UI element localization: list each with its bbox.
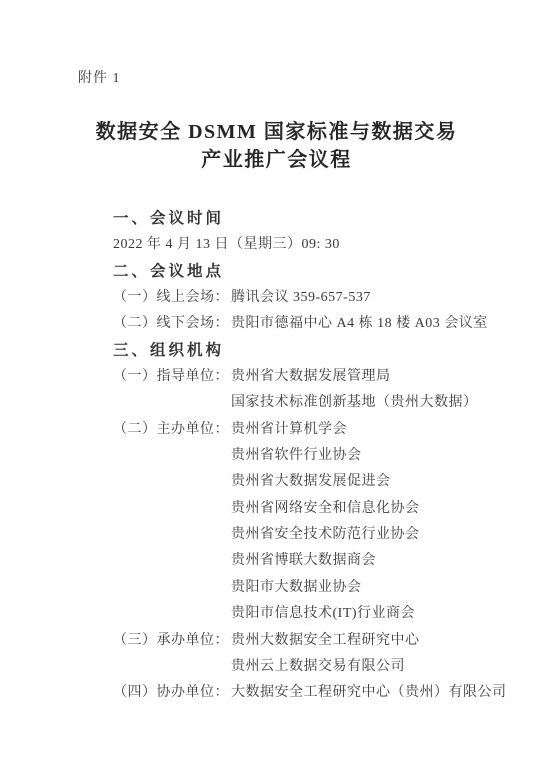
guidance-unit-1: 贵州省大数据发展管理局 xyxy=(231,364,553,390)
host-unit-6: 贵州省博联大数据商会 xyxy=(231,548,553,574)
offline-venue-row: （二）线下会场： 贵阳市德福中心 A4 栋 18 楼 A03 会议室 xyxy=(113,311,553,337)
co-organizer-unit-row: （四）协办单位： 大数据安全工程研究中心（贵州）有限公司 xyxy=(113,680,553,706)
guidance-unit-2: 国家技术标准创新基地（贵州大数据） xyxy=(231,390,553,416)
title-line-2: 产业推广会议程 xyxy=(0,146,553,174)
co-organizer-unit-label: （四）协办单位： xyxy=(113,680,231,706)
guidance-unit-row: （一）指导单位： 贵州省大数据发展管理局 国家技术标准创新基地（贵州大数据） xyxy=(113,364,553,417)
online-venue-value: 腾讯会议 359-657-537 xyxy=(231,285,553,311)
guidance-unit-label: （一）指导单位： xyxy=(113,364,231,390)
section-heading-meeting-time: 一、会议时间 xyxy=(113,206,553,232)
online-venue-label: （一）线上会场： xyxy=(113,285,231,311)
host-unit-5: 贵州省安全技术防范行业协会 xyxy=(231,522,553,548)
host-unit-8: 贵阳市信息技术(IT)行业商会 xyxy=(231,601,553,627)
host-unit-3: 贵州省大数据发展促进会 xyxy=(231,469,553,495)
host-unit-2: 贵州省软件行业协会 xyxy=(231,443,553,469)
document-body: 一、会议时间 2022 年 4 月 13 日（星期三）09: 30 二、会议地点… xyxy=(0,206,553,707)
title-line-1: 数据安全 DSMM 国家标准与数据交易 xyxy=(0,118,553,146)
attachment-label: 附件 1 xyxy=(0,0,553,88)
offline-venue-label: （二）线下会场： xyxy=(113,311,231,337)
host-unit-1: 贵州省计算机学会 xyxy=(231,417,553,443)
host-unit-row: （二）主办单位： 贵州省计算机学会 贵州省软件行业协会 贵州省大数据发展促进会 … xyxy=(113,417,553,628)
document-page: 附件 1 数据安全 DSMM 国家标准与数据交易 产业推广会议程 一、会议时间 … xyxy=(0,0,553,782)
meeting-datetime: 2022 年 4 月 13 日（星期三）09: 30 xyxy=(113,232,553,258)
organizer-unit-row: （三）承办单位： 贵州大数据安全工程研究中心 贵州云上数据交易有限公司 xyxy=(113,628,553,681)
organizer-unit-2: 贵州云上数据交易有限公司 xyxy=(231,654,553,680)
organizer-unit-1: 贵州大数据安全工程研究中心 xyxy=(231,628,553,654)
organizer-unit-label: （三）承办单位： xyxy=(113,628,231,654)
host-unit-4: 贵州省网络安全和信息化协会 xyxy=(231,496,553,522)
section-heading-meeting-location: 二、会议地点 xyxy=(113,259,553,285)
offline-venue-value: 贵阳市德福中心 A4 栋 18 楼 A03 会议室 xyxy=(231,311,553,337)
host-unit-label: （二）主办单位： xyxy=(113,417,231,443)
online-venue-row: （一）线上会场： 腾讯会议 359-657-537 xyxy=(113,285,553,311)
section-heading-organization: 三、组织机构 xyxy=(113,338,553,364)
co-organizer-unit-1: 大数据安全工程研究中心（贵州）有限公司 xyxy=(231,680,553,706)
document-title: 数据安全 DSMM 国家标准与数据交易 产业推广会议程 xyxy=(0,118,553,174)
host-unit-7: 贵阳市大数据业协会 xyxy=(231,575,553,601)
